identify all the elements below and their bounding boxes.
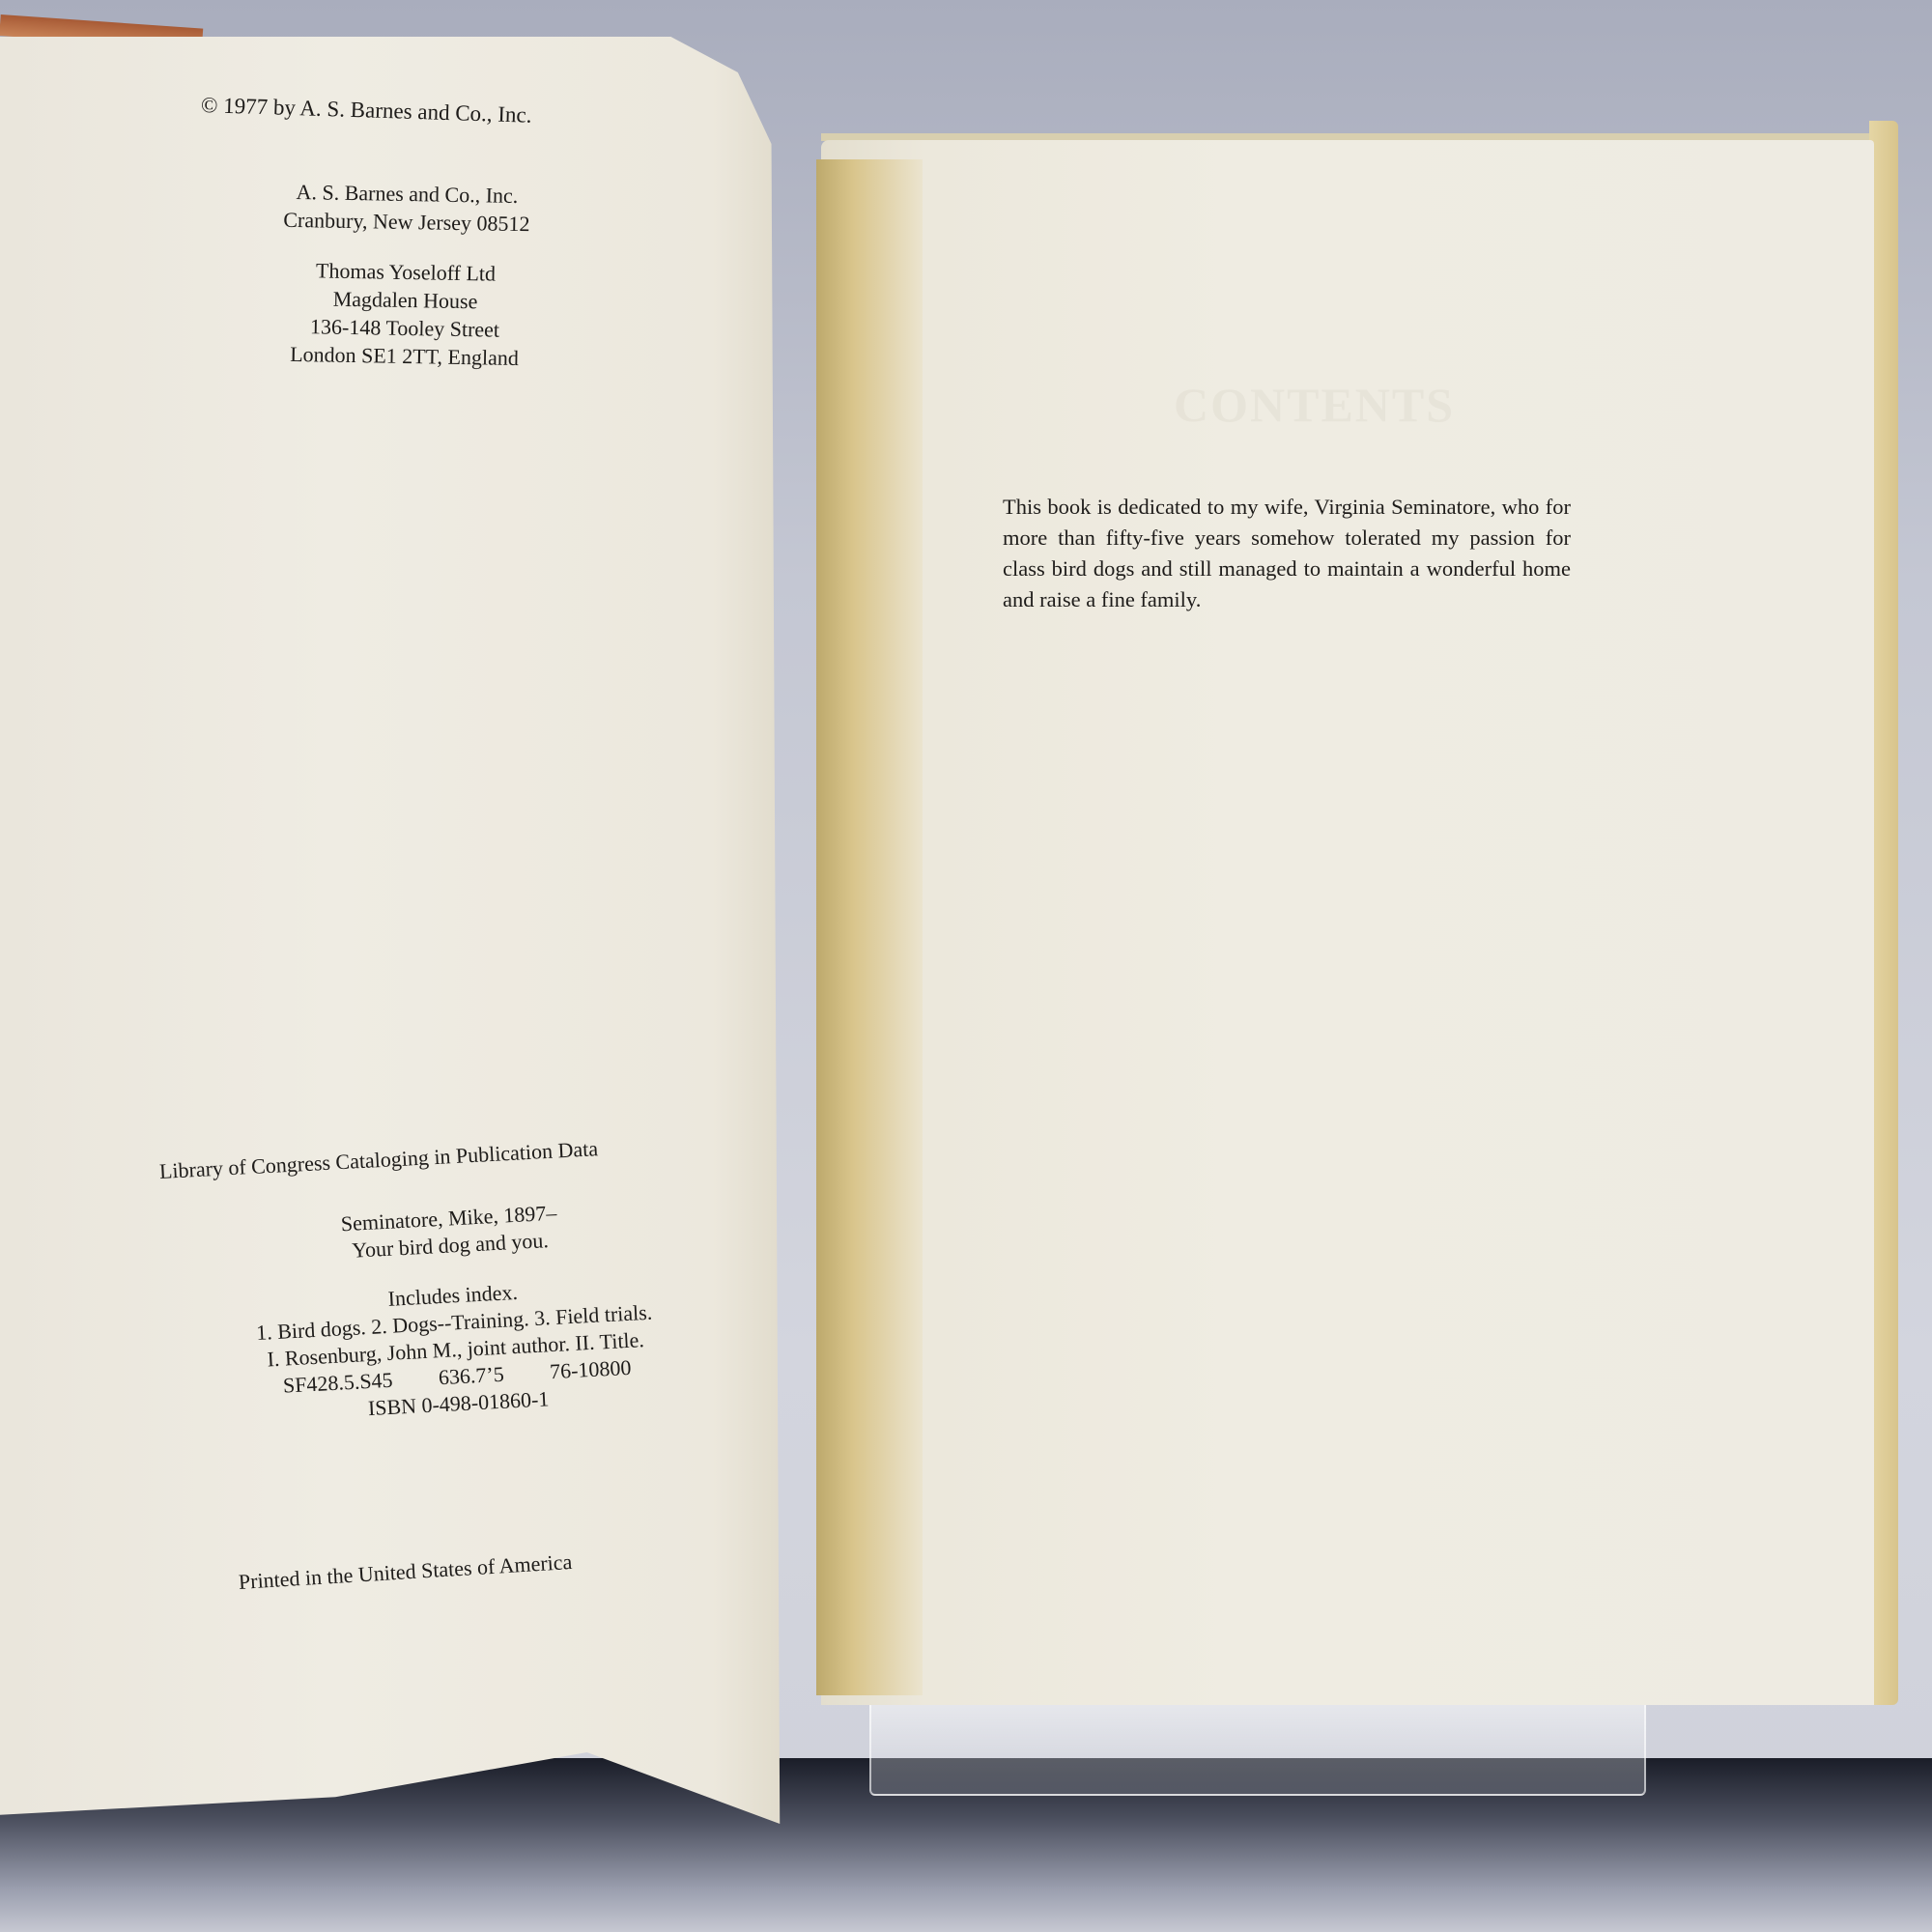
book-photo: CONTENTS This book is dedicated to my wi… bbox=[0, 0, 1932, 1932]
cip-record: Seminatore, Mike, 1897– Your bird dog an… bbox=[178, 1191, 729, 1432]
book-gutter bbox=[816, 159, 923, 1695]
show-through-text: CONTENTS bbox=[1174, 377, 1455, 433]
publisher-addresses: A. S. Barnes and Co., Inc. Cranbury, New… bbox=[230, 177, 581, 373]
dedication-text: This book is dedicated to my wife, Virgi… bbox=[1003, 492, 1571, 615]
right-page bbox=[821, 140, 1874, 1705]
